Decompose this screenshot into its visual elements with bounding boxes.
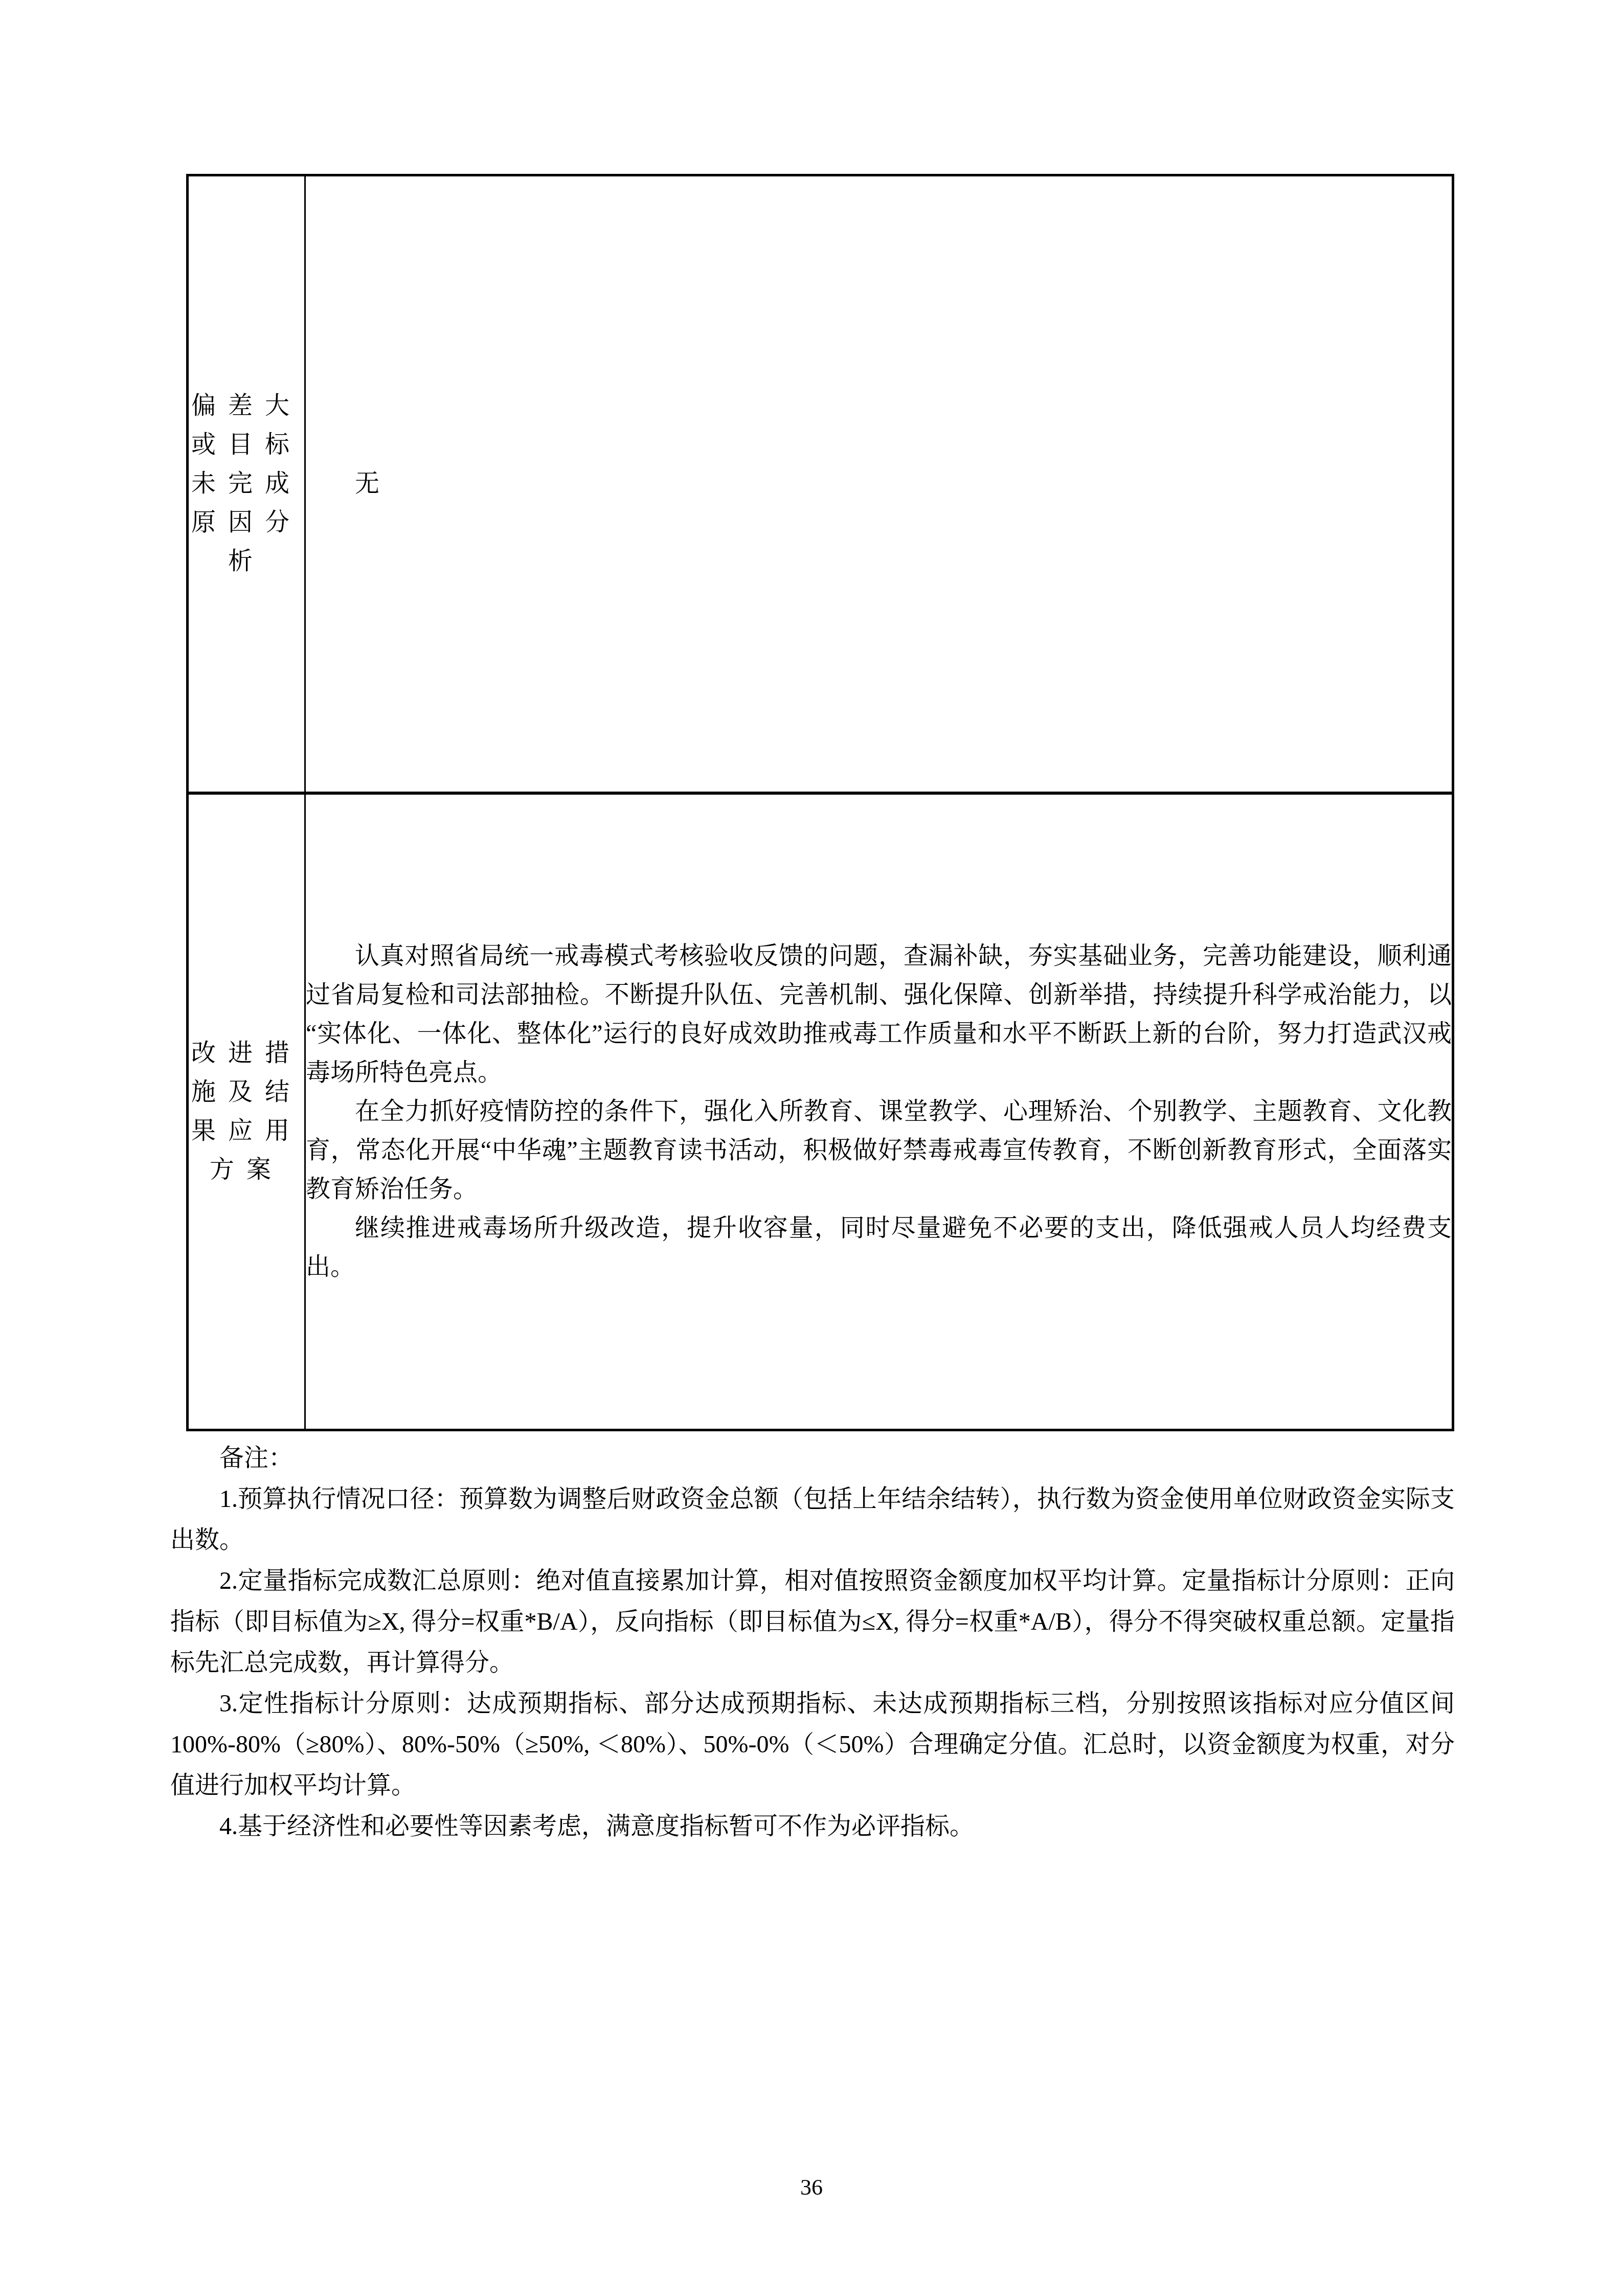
improvement-paragraph: 在全力抓好疫情防控的条件下，强化入所教育、课堂教学、心理矫治、个别教学、主题教育… xyxy=(306,1092,1452,1209)
note-item: 2.定量指标完成数汇总原则：绝对值直接累加计算，相对值按照资金额度加权平均计算。… xyxy=(170,1561,1455,1683)
header-cell-deviation-analysis: 偏差大或目标未完成原因分析 xyxy=(188,175,305,793)
table-row: 偏差大或目标未完成原因分析 无 xyxy=(188,175,1453,793)
deviation-analysis-value: 无 xyxy=(306,464,1452,503)
page-number: 36 xyxy=(0,2174,1623,2200)
improvement-paragraph: 继续推进戒毒场所升级改造，提升收容量，同时尽量避免不必要的支出，降低强戒人员人均… xyxy=(306,1209,1452,1287)
improvement-plan-label: 改进措施及结果应用方案 xyxy=(190,1034,303,1189)
notes-section: 备注： 1.预算执行情况口径：预算数为调整后财政资金总额（包括上年结余结转），执… xyxy=(170,1438,1455,1847)
performance-evaluation-table: 偏差大或目标未完成原因分析 无 改进措施及结果应用方案 认真对照省局统一戒毒模式… xyxy=(186,174,1454,1431)
header-cell-improvement-plan: 改进措施及结果应用方案 xyxy=(188,793,305,1430)
deviation-analysis-label: 偏差大或目标未完成原因分析 xyxy=(190,387,303,581)
notes-label: 备注： xyxy=(170,1438,1455,1479)
content-cell-improvement-plan: 认真对照省局统一戒毒模式考核验收反馈的问题，查漏补缺，夯实基础业务，完善功能建设… xyxy=(305,793,1453,1430)
note-item: 4.基于经济性和必要性等因素考虑，满意度指标暂可不作为必评指标。 xyxy=(170,1806,1455,1847)
note-item: 3.定性指标计分原则：达成预期指标、部分达成预期指标、未达成预期指标三档，分别按… xyxy=(170,1683,1455,1806)
improvement-paragraph: 认真对照省局统一戒毒模式考核验收反馈的问题，查漏补缺，夯实基础业务，完善功能建设… xyxy=(306,937,1452,1092)
content-cell-deviation-analysis: 无 xyxy=(305,175,1453,793)
document-page: 偏差大或目标未完成原因分析 无 改进措施及结果应用方案 认真对照省局统一戒毒模式… xyxy=(0,0,1623,2296)
table-row: 改进措施及结果应用方案 认真对照省局统一戒毒模式考核验收反馈的问题，查漏补缺，夯… xyxy=(188,793,1453,1430)
note-item: 1.预算执行情况口径：预算数为调整后财政资金总额（包括上年结余结转），执行数为资… xyxy=(170,1479,1455,1561)
